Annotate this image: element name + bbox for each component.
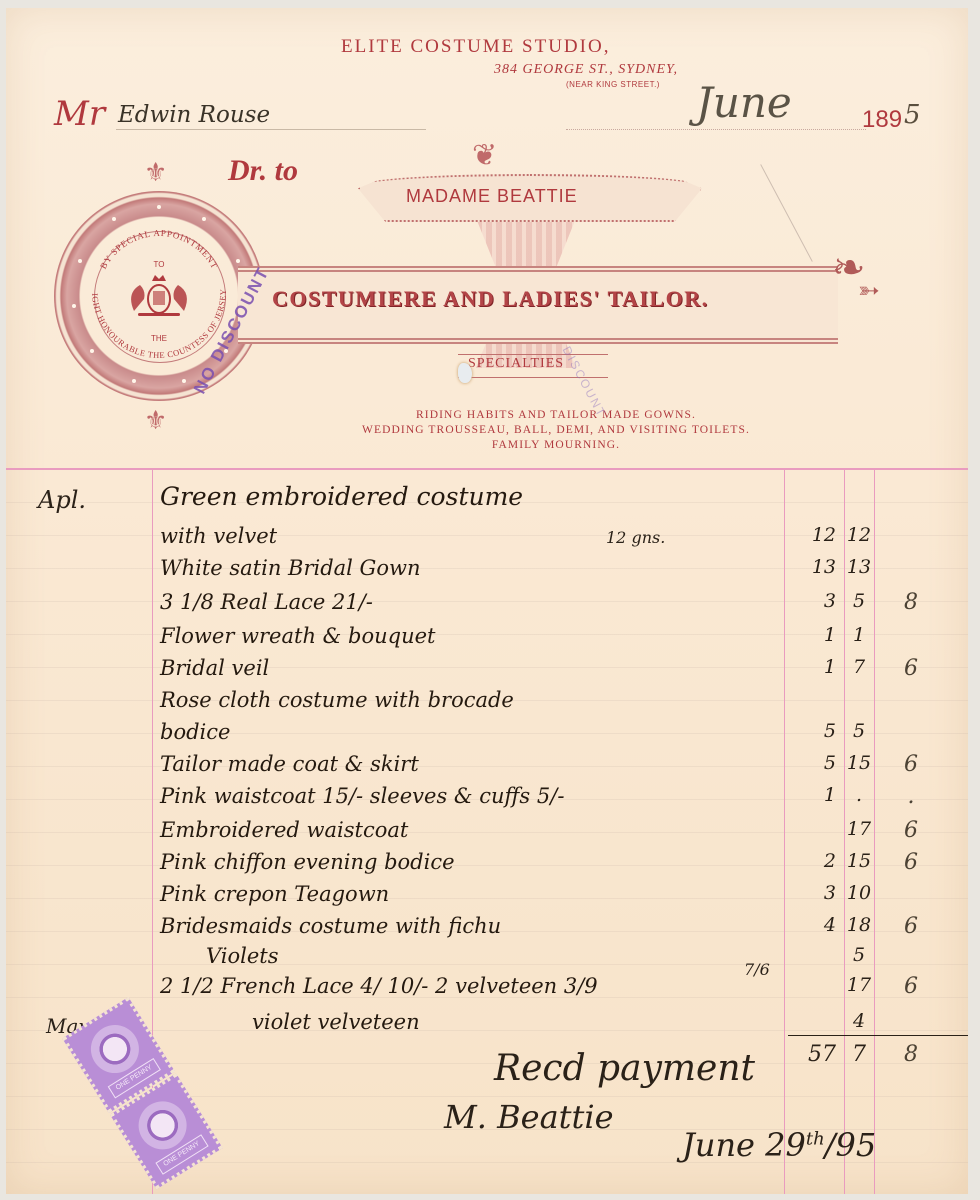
ledger-row: 3 1/8 Real Lace 21/- 3 5 8 — [6, 590, 968, 622]
debtor-label: Dr. to — [228, 154, 298, 188]
item-pounds: 5 — [796, 720, 836, 742]
item-description: Tailor made coat & skirt — [160, 752, 419, 776]
ledger-row: Pink chiffon evening bodice 2 15 6 — [6, 850, 968, 882]
specialty-line: FAMILY MOURNING. — [306, 438, 806, 453]
studio-address: 384 GEORGE ST., SYDNEY, — [494, 62, 678, 78]
date-line — [566, 129, 866, 130]
received-payment-note: Recd payment — [494, 1048, 755, 1089]
badge-text-ring: BY SPECIAL APPOINTMENT RIGHT HONOURABLE … — [54, 191, 264, 401]
item-description: Bridal veil — [160, 656, 269, 680]
payment-date: June 29th/95 — [682, 1126, 876, 1164]
total-pence: 8 — [896, 1042, 926, 1067]
item-shillings: 15 — [844, 752, 874, 774]
item-pounds: 13 — [796, 556, 836, 578]
customer-name: Edwin Rouse — [118, 102, 270, 128]
ornament-crown-icon: ❦ — [472, 138, 497, 173]
invoice-year-handwritten: 5 — [904, 100, 921, 130]
flourish-icon: ⚜ — [144, 406, 167, 436]
item-shillings: 7 — [844, 656, 874, 678]
specialty-line: WEDDING TROUSSEAU, BALL, DEMI, AND VISIT… — [306, 423, 806, 438]
item-description: Flower wreath & bouquet — [160, 624, 435, 648]
item-note: 12 gns. — [606, 528, 665, 547]
item-pence: 6 — [896, 974, 926, 999]
specialties-label: SPECIALTIES — [468, 356, 564, 372]
item-description: 2 1/2 French Lace 4/ 10/- 2 velveteen 3/… — [160, 974, 598, 998]
item-description: Pink waistcoat 15/- sleeves & cuffs 5/- — [160, 784, 564, 808]
item-pence: 8 — [896, 590, 926, 615]
item-description: bodice — [160, 720, 230, 744]
item-shillings: 13 — [844, 556, 874, 578]
ledger-row: Green embroidered costume — [6, 482, 968, 514]
studio-name: ELITE COSTUME STUDIO, — [341, 36, 610, 58]
signature: M. Beattie — [444, 1098, 614, 1136]
item-pounds: 5 — [796, 752, 836, 774]
item-pounds: 1 — [796, 656, 836, 678]
item-shillings: 5 — [844, 720, 874, 742]
paper-tear — [458, 363, 472, 383]
payment-date-suffix: th — [806, 1128, 825, 1149]
ledger-row: Bridal veil 1 7 6 — [6, 656, 968, 688]
ledger-row: Embroidered waistcoat 17 6 — [6, 818, 968, 850]
item-description: violet velveteen — [252, 1010, 420, 1034]
item-pence: 6 — [896, 752, 926, 777]
arrow-ornament-icon: ➳ — [858, 276, 880, 306]
payment-date-year: /95 — [825, 1126, 877, 1164]
item-description: Rose cloth costume with brocade — [160, 688, 514, 712]
coat-of-arms-icon — [131, 275, 187, 316]
item-shillings: 1 — [844, 624, 874, 646]
badge-to: TO — [154, 260, 165, 269]
item-description: 3 1/8 Real Lace 21/- — [160, 590, 373, 614]
item-pounds: 12 — [796, 524, 836, 546]
ledger-row: Pink crepon Teagown 3 10 — [6, 882, 968, 914]
item-description: Embroidered waistcoat — [160, 818, 408, 842]
item-pounds: 3 — [796, 882, 836, 904]
ledger-row: with velvet 12 gns. 12 12 — [6, 524, 968, 556]
item-description: Green embroidered costume — [160, 482, 523, 511]
ledger-row: 2 1/2 French Lace 4/ 10/- 2 velveteen 3/… — [6, 974, 968, 1006]
svg-text:RIGHT HONOURABLE THE COUNTESS: RIGHT HONOURABLE THE COUNTESS OF JERSEY. — [54, 191, 228, 360]
ledger-row: Tailor made coat & skirt 5 15 6 — [6, 752, 968, 784]
item-shillings: 18 — [844, 914, 874, 936]
item-pounds: 4 — [796, 914, 836, 936]
badge-bottom-text: RIGHT HONOURABLE THE COUNTESS OF JERSEY. — [54, 191, 228, 360]
item-pounds: 2 — [796, 850, 836, 872]
item-description: Pink chiffon evening bodice — [160, 850, 455, 874]
item-shillings: 17 — [844, 974, 874, 996]
item-shillings: 5 — [844, 944, 874, 966]
item-note: 7/6 — [744, 960, 770, 979]
trade-title: COSTUMIERE AND LADIES' TAILOR. — [272, 286, 709, 312]
invoice-month: June — [696, 78, 792, 127]
ledger-top-rule — [6, 468, 968, 470]
item-description: with velvet — [160, 524, 277, 548]
ledger-row: White satin Bridal Gown 13 13 — [6, 556, 968, 588]
ledger-row: Pink waistcoat 15/- sleeves & cuffs 5/- … — [6, 784, 968, 816]
badge-the: THE — [151, 334, 167, 343]
flourish-icon: ⚜ — [144, 158, 167, 188]
item-pence: 6 — [896, 818, 926, 843]
pencil-mark — [760, 164, 813, 262]
specialties-list: RIDING HABITS AND TAILOR MADE GOWNS. WED… — [306, 408, 806, 453]
invoice-document: ELITE COSTUME STUDIO, 384 GEORGE ST., SY… — [6, 8, 968, 1194]
total-pounds: 57 — [796, 1042, 836, 1067]
ledger-row: bodice 5 5 — [6, 720, 968, 752]
item-pounds: 1 — [796, 624, 836, 646]
customer-line — [116, 129, 426, 130]
item-description: Bridesmaids costume with fichu — [160, 914, 501, 938]
item-shillings: 5 — [844, 590, 874, 612]
item-shillings: 4 — [844, 1010, 874, 1032]
payment-date-day: June 29 — [682, 1126, 806, 1164]
item-description: Pink crepon Teagown — [160, 882, 389, 906]
ledger-row: Violets 5 — [6, 944, 968, 976]
total-shillings: 7 — [844, 1042, 874, 1067]
studio-address-note: (NEAR KING STREET.) — [566, 80, 660, 89]
item-pence: 6 — [896, 656, 926, 681]
item-description: White satin Bridal Gown — [160, 556, 420, 580]
item-shillings: 15 — [844, 850, 874, 872]
mr-prefix: Mr — [54, 94, 105, 134]
item-pounds: 1 — [796, 784, 836, 806]
ledger-row: Bridesmaids costume with fichu 4 18 6 — [6, 914, 968, 946]
specialty-line: RIDING HABITS AND TAILOR MADE GOWNS. — [306, 408, 806, 423]
item-shillings: 12 — [844, 524, 874, 546]
item-shillings: . — [844, 784, 874, 806]
item-pence: 6 — [896, 850, 926, 875]
item-pounds: 3 — [796, 590, 836, 612]
invoice-year-printed: 189 — [862, 106, 902, 134]
item-pence: 6 — [896, 914, 926, 939]
item-shillings: 17 — [844, 818, 874, 840]
ledger-row: Rose cloth costume with brocade — [6, 688, 968, 720]
total-rule — [788, 1035, 968, 1036]
proprietor-name: MADAME BEATTIE — [406, 186, 578, 207]
item-shillings: 10 — [844, 882, 874, 904]
item-description: Violets — [206, 944, 279, 968]
ledger-row: Flower wreath & bouquet 1 1 — [6, 624, 968, 656]
item-pence: . — [896, 784, 926, 809]
